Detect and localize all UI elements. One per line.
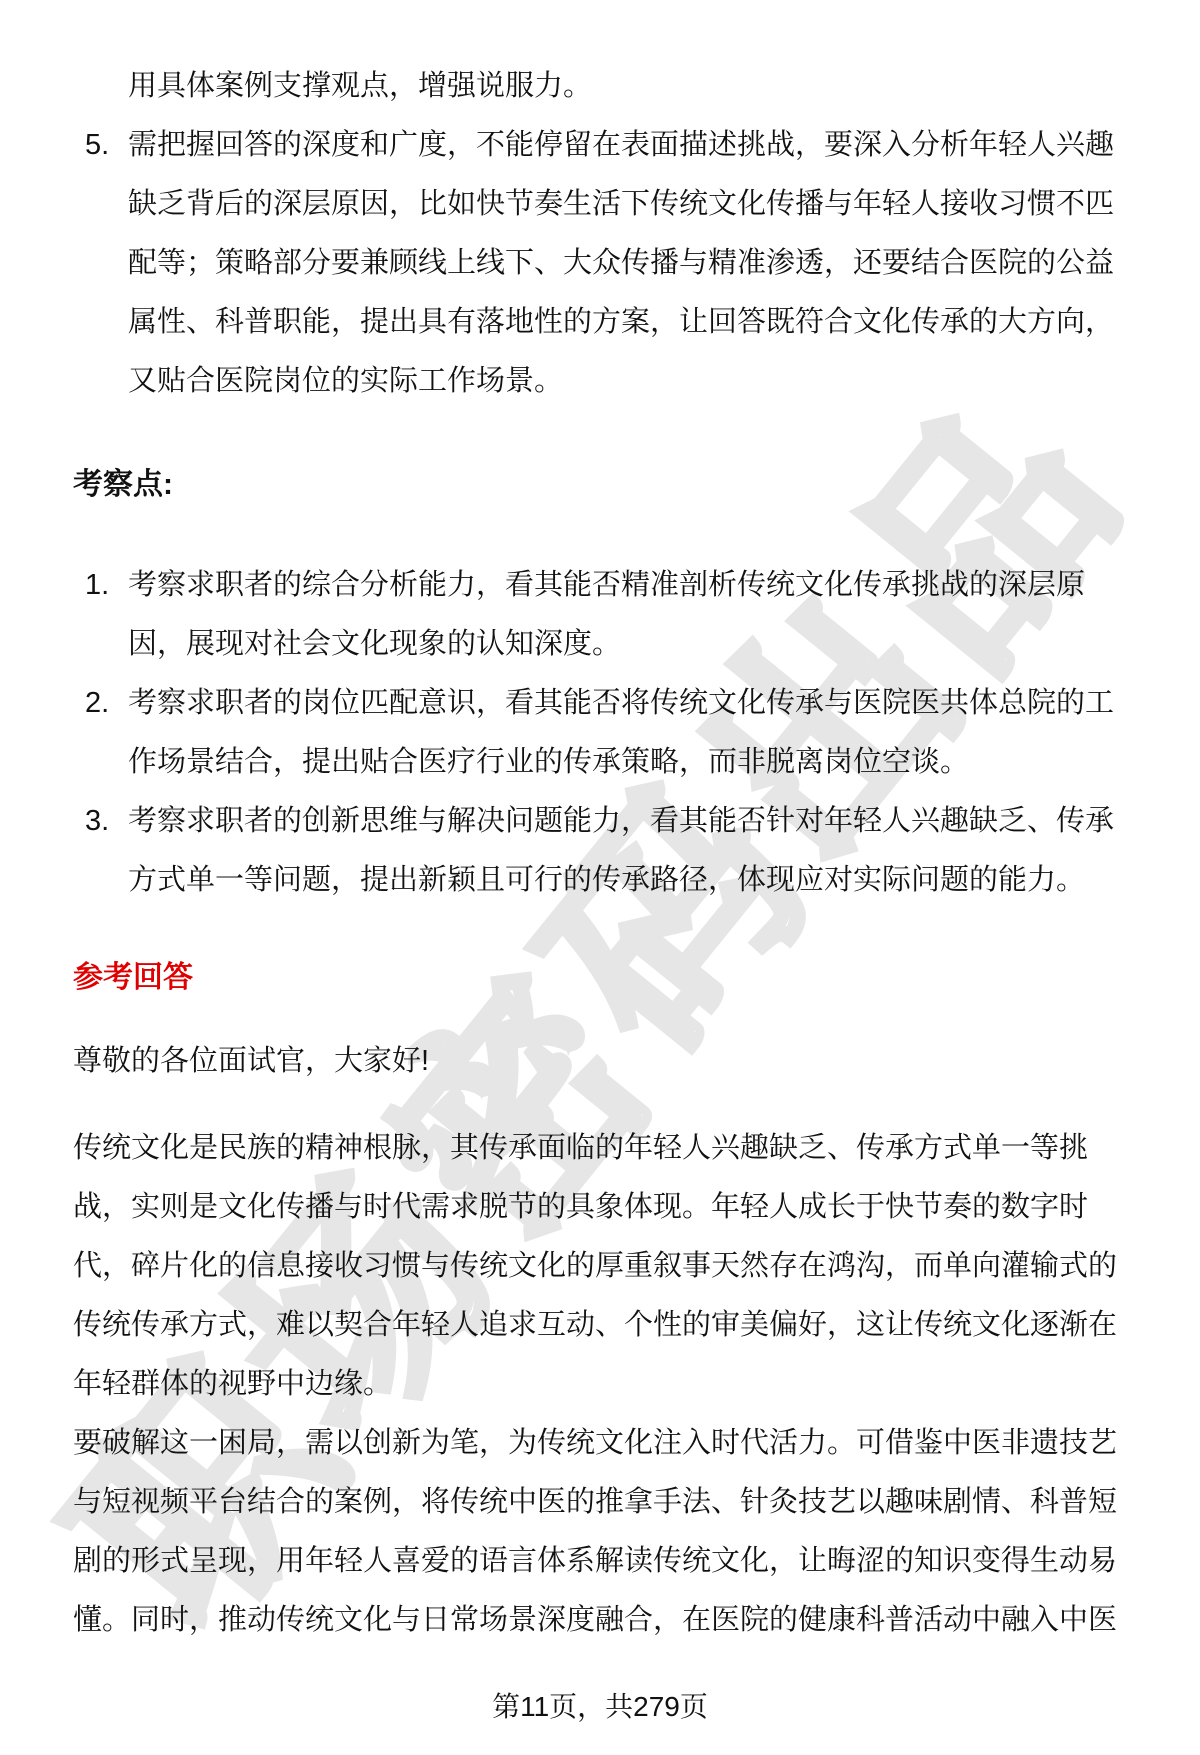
answer-paragraph-2: 要破解这一困局，需以创新为笔，为传统文化注入时代活力。可借鉴中医非遗技艺 与短视… xyxy=(73,1414,1160,1650)
list-item-number: 3. xyxy=(85,792,128,851)
page-content: 用具体案例支撑观点，增强说服力。 5. 需把握回答的深度和广度，不能停留在表面描… xyxy=(0,0,1200,1736)
exam-points-heading: 考察点: xyxy=(73,455,1200,514)
list-item-text: 用具体案例支撑观点，增强说服力。 xyxy=(128,57,1160,116)
list-item-4-tail: 用具体案例支撑观点，增强说服力。 xyxy=(85,57,1160,116)
list-item-number: 5. xyxy=(85,116,128,175)
greeting-paragraph: 尊敬的各位面试官，大家好! xyxy=(73,1032,1200,1091)
list-item-number: 1. xyxy=(85,556,128,615)
ordered-list-intro: 用具体案例支撑观点，增强说服力。 5. 需把握回答的深度和广度，不能停留在表面描… xyxy=(85,57,1160,411)
ordered-list-exam-points: 1. 考察求职者的综合分析能力，看其能否精准剖析传统文化传承挑战的深层原 因，展… xyxy=(85,556,1160,910)
list-item-text: 考察求职者的创新思维与解决问题能力，看其能否针对年轻人兴趣缺乏、传承 方式单一等… xyxy=(128,792,1160,910)
answer-paragraph-1: 传统文化是民族的精神根脉，其传承面临的年轻人兴趣缺乏、传承方式单一等挑 战，实则… xyxy=(73,1119,1160,1414)
list-item-1: 1. 考察求职者的综合分析能力，看其能否精准剖析传统文化传承挑战的深层原 因，展… xyxy=(85,556,1160,674)
list-item-2: 2. 考察求职者的岗位匹配意识，看其能否将传统文化传承与医院医共体总院的工 作场… xyxy=(85,674,1160,792)
list-item-3: 3. 考察求职者的创新思维与解决问题能力，看其能否针对年轻人兴趣缺乏、传承 方式… xyxy=(85,792,1160,910)
reference-answer-heading: 参考回答 xyxy=(73,948,1200,1007)
document-page: 职场密码出品 用具体案例支撑观点，增强说服力。 5. 需把握回答的深度和广度，不… xyxy=(0,0,1200,1755)
list-item-5: 5. 需把握回答的深度和广度，不能停留在表面描述挑战，要深入分析年轻人兴趣 缺乏… xyxy=(85,116,1160,411)
list-item-text: 需把握回答的深度和广度，不能停留在表面描述挑战，要深入分析年轻人兴趣 缺乏背后的… xyxy=(128,116,1160,411)
list-item-text: 考察求职者的岗位匹配意识，看其能否将传统文化传承与医院医共体总院的工 作场景结合… xyxy=(128,674,1160,792)
list-item-text: 考察求职者的综合分析能力，看其能否精准剖析传统文化传承挑战的深层原 因，展现对社… xyxy=(128,556,1160,674)
page-number: 第11页，共279页 xyxy=(0,1677,1200,1736)
list-item-number: 2. xyxy=(85,674,128,733)
